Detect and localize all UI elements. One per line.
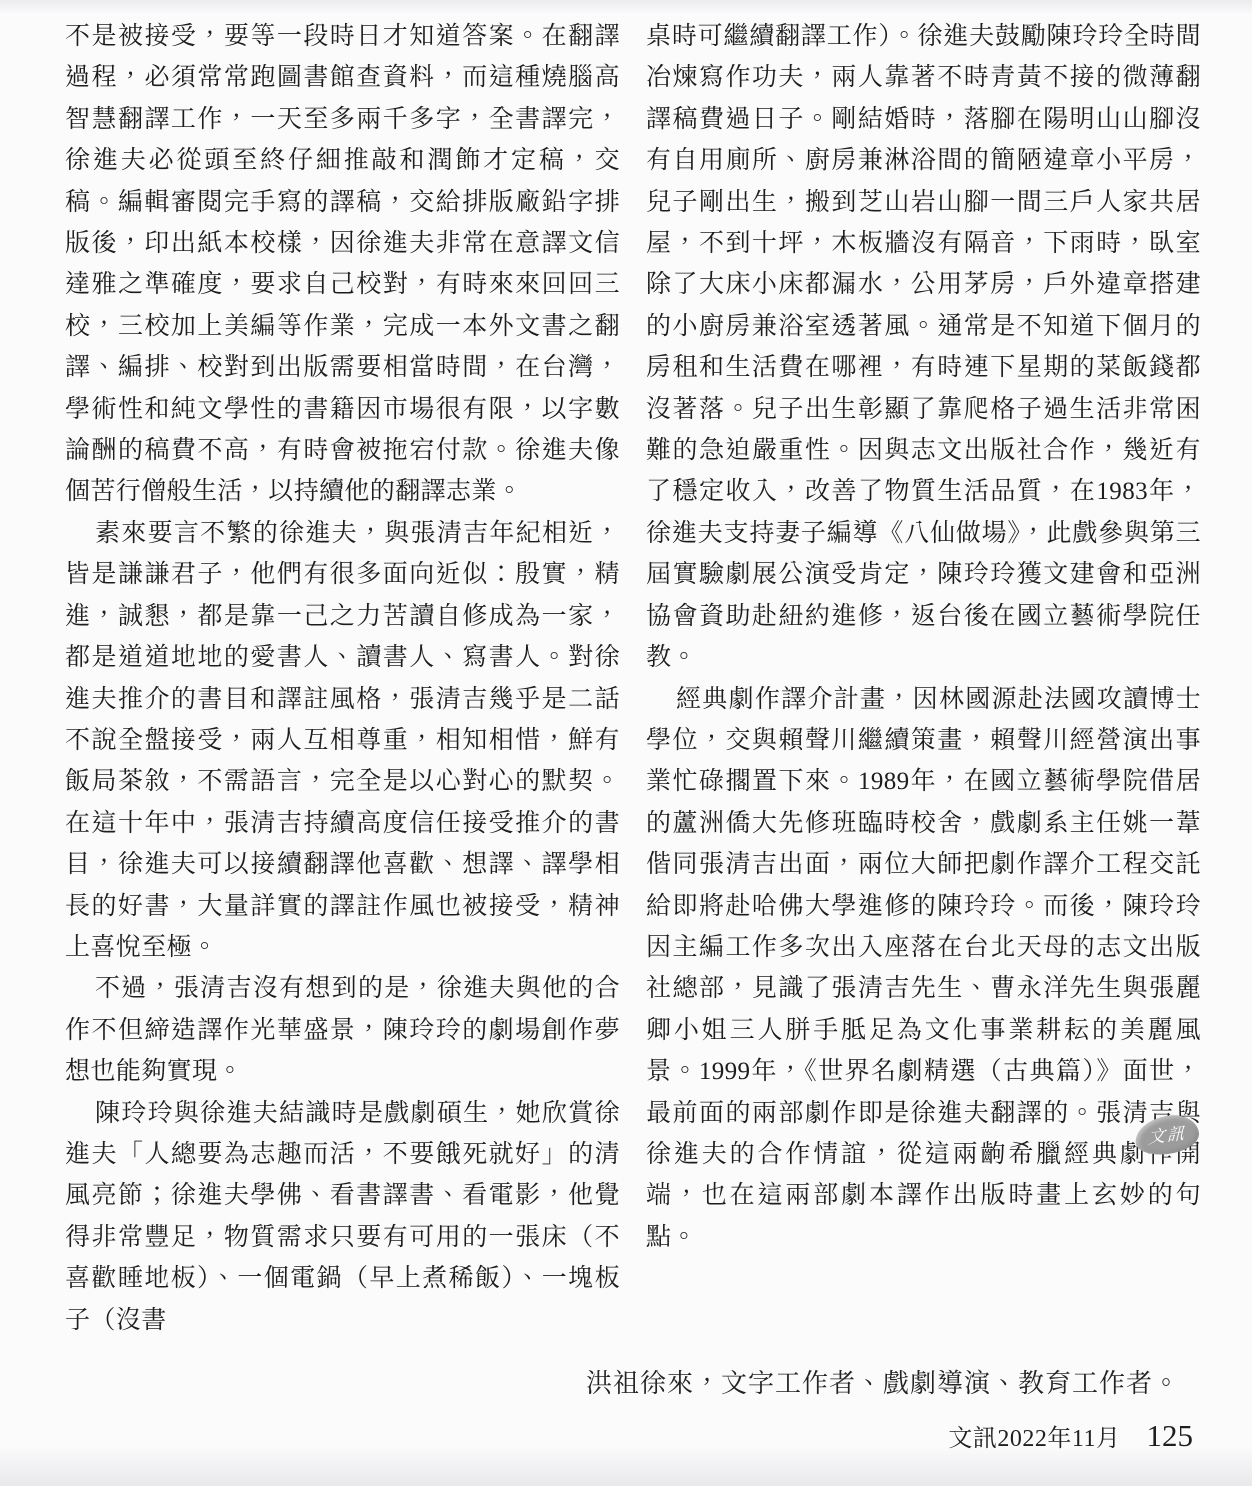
magazine-page: { "columns": [ { "paragraphs": [ { "inde…: [0, 0, 1252, 1486]
paragraph-2: 素來要言不繁的徐進夫，與張清吉年紀相近，皆是謙謙君子，他們有很多面向近似：殷實，…: [65, 513, 620, 968]
article-body: 不是被接受，要等一段時日才知道答案。在翻譯過程，必須常常跑圖書館查資料，而這種燒…: [65, 16, 1201, 1341]
page-number: 125: [1147, 1418, 1194, 1454]
paragraph-3: 不過，張清吉沒有想到的是，徐進夫與他的合作不但締造譯作光華盛景，陳玲玲的劇場創作…: [65, 968, 620, 1092]
journal-issue: 文訊2022年11月: [948, 1418, 1120, 1453]
text-column-left: 不是被接受，要等一段時日才知道答案。在翻譯過程，必須常常跑圖書館查資料，而這種燒…: [65, 16, 620, 1341]
paragraph-4: 陳玲玲與徐進夫結識時是戲劇碩生，她欣賞徐進夫「人總要為志趣而活，不要餓死就好」的…: [65, 1093, 620, 1341]
end-seal-label: 文訊: [1148, 1124, 1186, 1146]
paragraph-4-continuation: 桌時可繼續翻譯工作）。徐進夫鼓勵陳玲玲全時間冶煉寫作功夫，兩人靠著不時青黃不接的…: [646, 16, 1201, 679]
text-column-right: 桌時可繼續翻譯工作）。徐進夫鼓勵陳玲玲全時間冶煉寫作功夫，兩人靠著不時青黃不接的…: [646, 16, 1201, 1341]
paragraph-5: 經典劇作譯介計畫，因林國源赴法國攻讀博士學位，交與賴聲川繼續策畫，賴聲川經營演出…: [646, 679, 1201, 1259]
page-footer: 文訊2022年11月 125: [948, 1418, 1193, 1454]
author-bio: 洪祖徐來，文字工作者、戲劇導演、教育工作者。: [586, 1363, 1180, 1400]
paragraph-1-continuation: 不是被接受，要等一段時日才知道答案。在翻譯過程，必須常常跑圖書館查資料，而這種燒…: [65, 16, 620, 513]
